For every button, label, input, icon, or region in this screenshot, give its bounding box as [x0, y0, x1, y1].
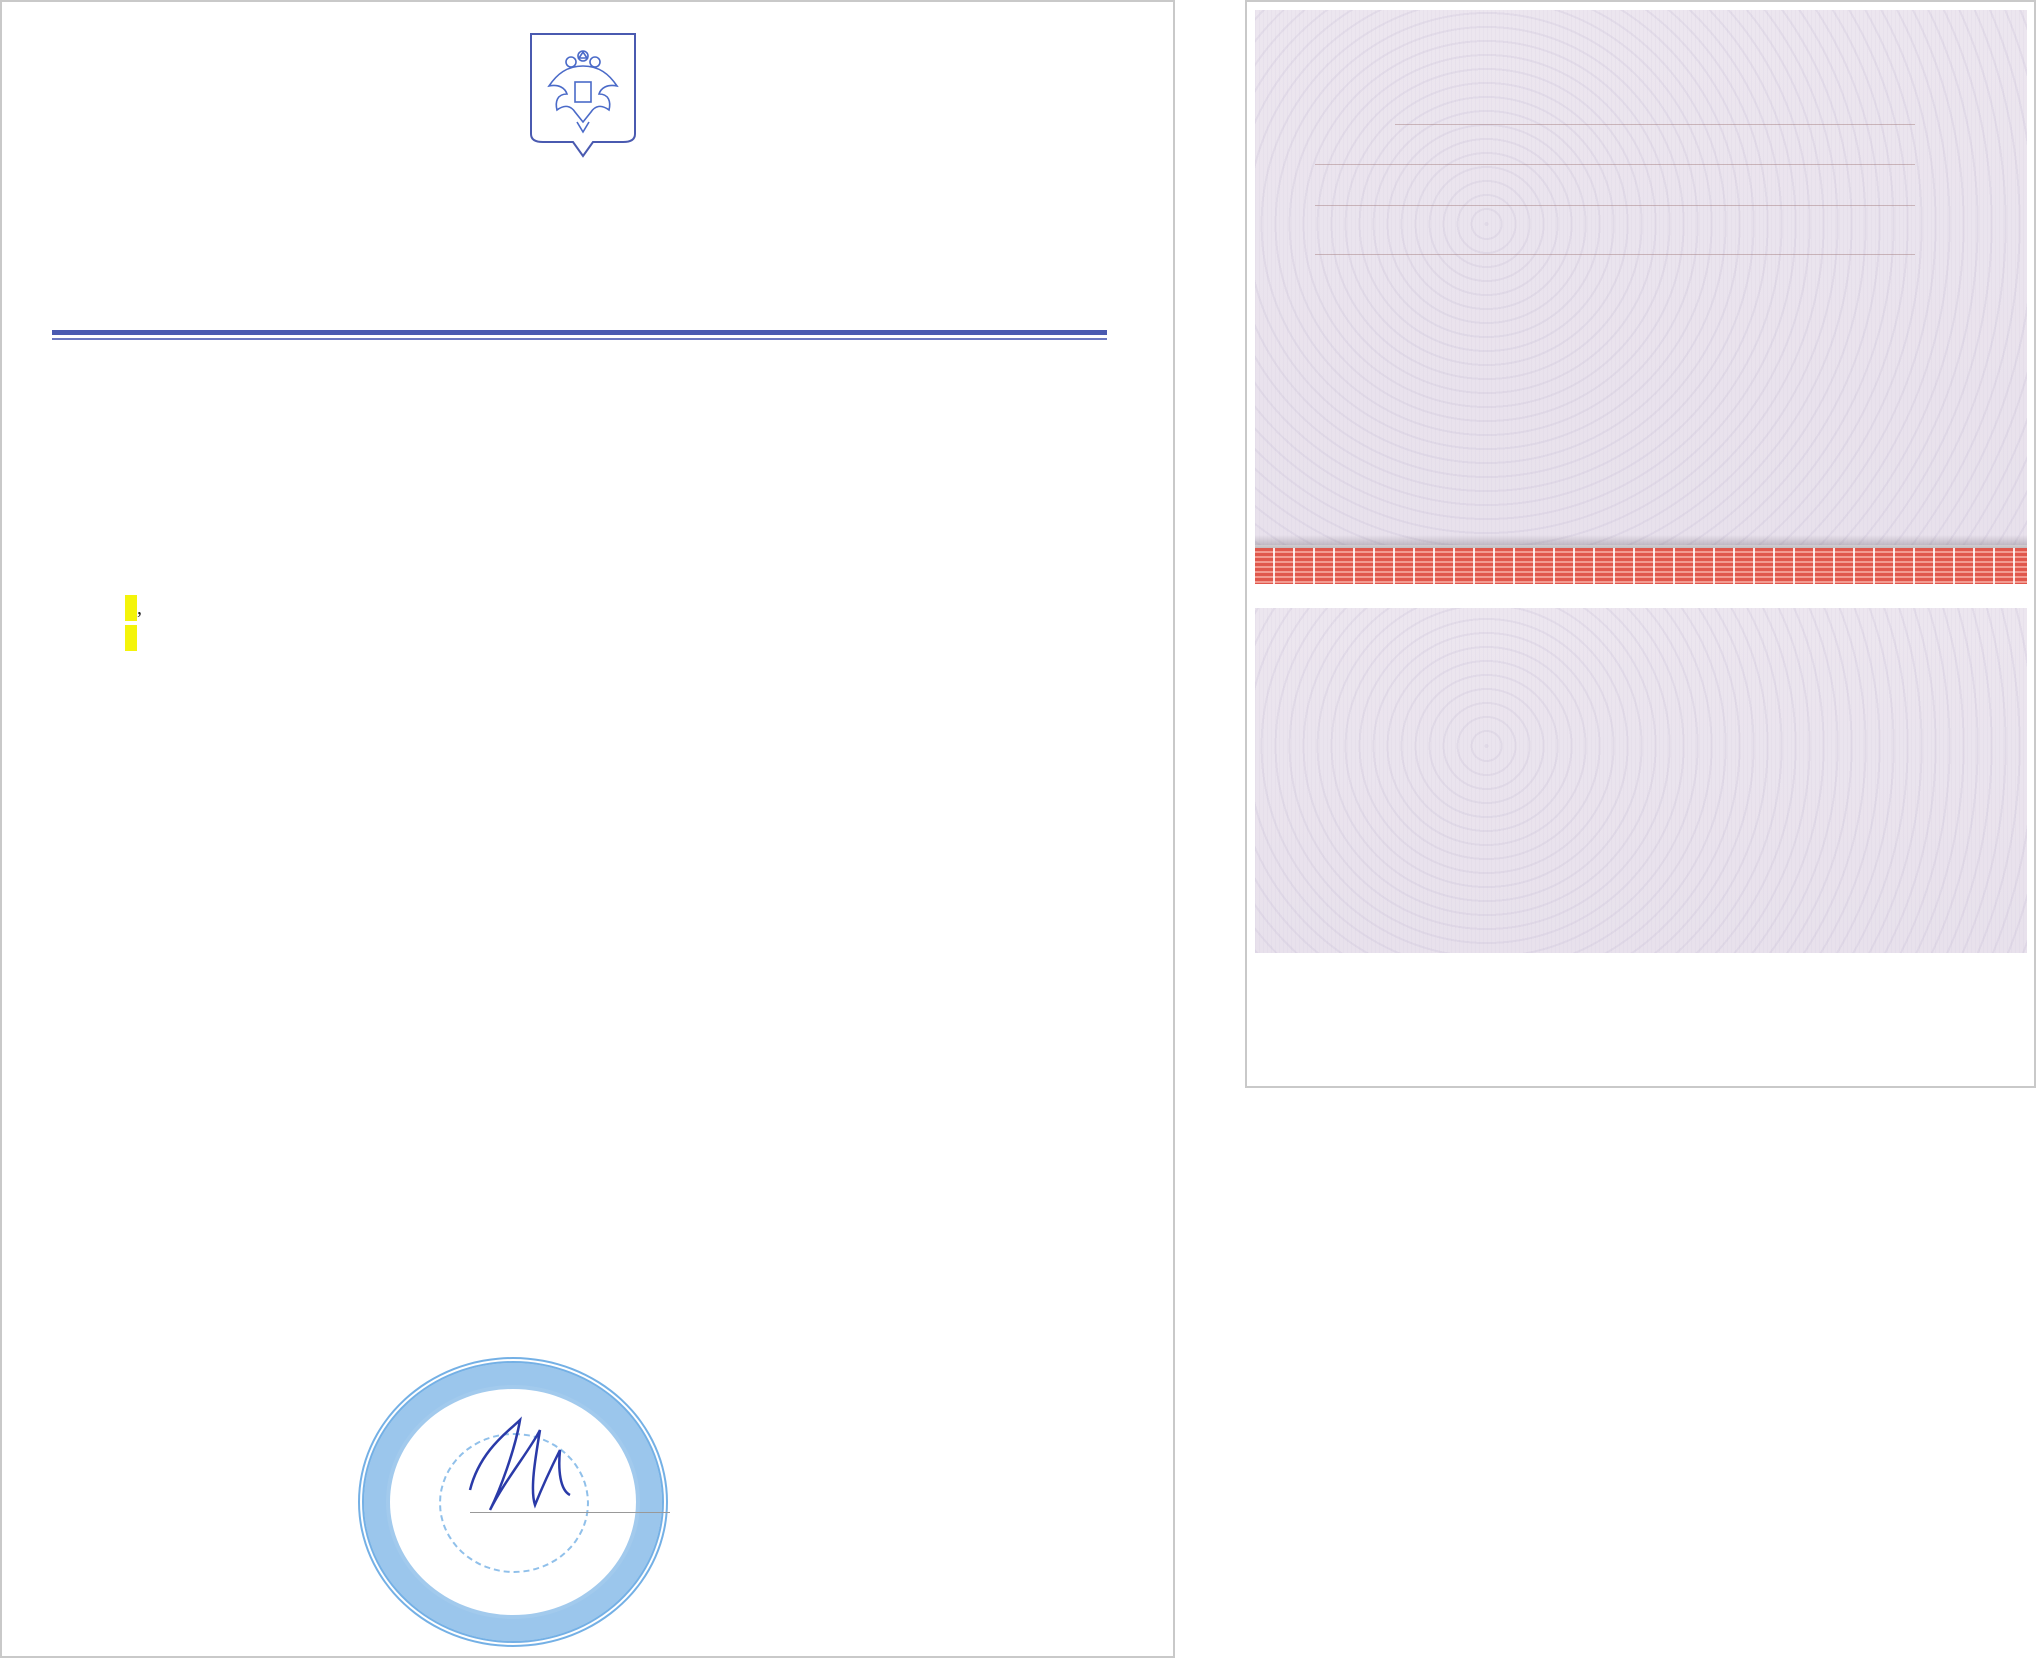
- header-divider-thin: [52, 338, 1107, 340]
- form-line: [1315, 164, 1915, 165]
- passport-fold-shadow: [1255, 535, 2027, 549]
- birth-date-highlight: [131, 595, 137, 621]
- registrar-signature-icon: [460, 1410, 580, 1520]
- passport-strip-ticks: [1255, 548, 2027, 584]
- coat-of-arms-icon: [527, 30, 639, 160]
- header-divider: [52, 330, 1107, 335]
- subject-of-right: ,: [125, 593, 1110, 653]
- form-line: [1395, 124, 1915, 125]
- form-line: [1315, 205, 1915, 206]
- passport-personal-page: [1255, 608, 2027, 953]
- passport-issue-page: [1255, 10, 2027, 545]
- form-line: [1315, 254, 1915, 255]
- property-rights-certificate: [0, 0, 1175, 1658]
- snils-highlight: [131, 625, 137, 651]
